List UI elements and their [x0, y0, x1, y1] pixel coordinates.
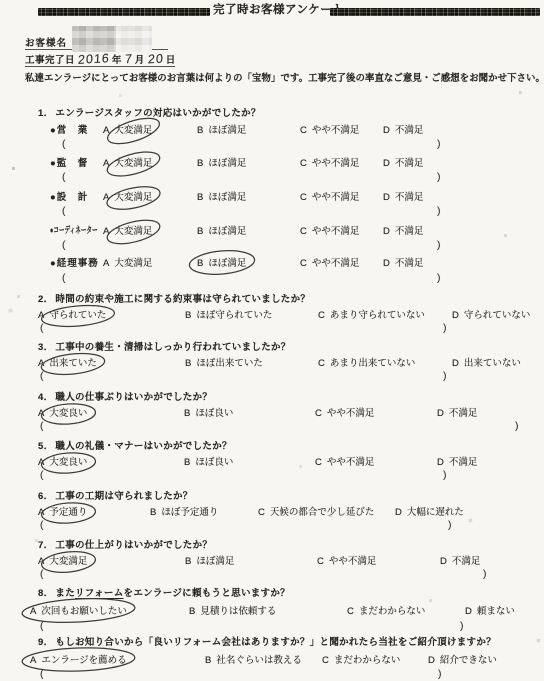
open-paren: ( — [62, 239, 66, 251]
question-text: をエンラージに頼もうと思いますか？ — [124, 588, 290, 599]
answer-row: A大変良いBほぼ良いCやや不満足D不満足 — [0, 405, 544, 418]
option-label: 不満足 — [395, 258, 424, 269]
option-label: やや不満足 — [312, 226, 360, 237]
option-key: A — [103, 226, 109, 237]
option-label: まだわからない — [359, 606, 426, 617]
option-label: 不満足 — [449, 408, 478, 419]
option-key: C — [300, 226, 307, 237]
answer-comment-line: () — [0, 519, 544, 532]
question-heading: 3．工事中の養生・清掃はしっかり行われていましたか？ — [38, 339, 291, 353]
option-b: B社名ぐらいは教える — [205, 652, 302, 666]
answer-row: A大変良いBほぼ良いCやや不満足D不満足 — [0, 454, 544, 467]
row-category-label: ●コーディネーター — [50, 223, 98, 236]
open-paren: ( — [40, 469, 44, 481]
open-paren: ( — [62, 171, 66, 183]
option-key: A — [103, 158, 109, 169]
option-key: B — [184, 457, 190, 468]
answer-row: A守られていたBほぼ守られていたCあまり守られていないD守られていない — [0, 307, 544, 320]
option-key: A — [38, 457, 44, 468]
option-a: A大変満足 — [103, 122, 152, 136]
option-label: エンラージを薦める — [41, 655, 126, 666]
option-a: Aエンラージを薦める — [30, 652, 127, 666]
answer-comment-line: () — [0, 668, 544, 681]
option-label: 大変良い — [49, 408, 87, 419]
open-paren: ( — [40, 568, 44, 580]
row-category-label: ●経理事務 — [50, 255, 99, 269]
answer-row: ●設 計A大変満足Bほぼ満足Cやや不満足D不満足 — [0, 189, 544, 202]
option-a: A大変満足 — [103, 155, 152, 169]
option-d: D不満足 — [383, 255, 423, 269]
close-paren: ) — [460, 620, 464, 632]
option-key: A — [103, 258, 109, 269]
answer-comment-line: () — [0, 420, 544, 433]
option-key: D — [383, 158, 390, 169]
answer-comment-line: () — [0, 322, 544, 335]
row-category-label: ●営 業 — [50, 122, 88, 136]
answer-comment-line: () — [0, 469, 544, 482]
close-paren: ) — [515, 420, 519, 432]
option-c: Cやや不満足 — [300, 255, 359, 269]
question-number: 3． — [38, 342, 53, 353]
option-a: A大変満足 — [103, 223, 152, 237]
option-key: A — [38, 310, 44, 321]
option-key: D — [437, 457, 444, 468]
option-label: やや不満足 — [327, 457, 375, 468]
option-label: 不満足 — [395, 192, 424, 203]
option-label: 社名ぐらいは教える — [216, 655, 302, 666]
option-d: D出来ていない — [452, 355, 521, 369]
answer-row: A大変満足Bほぼ満足Cやや不満足D不満足 — [0, 553, 544, 566]
option-label: 大変満足 — [114, 192, 152, 203]
option-d: D大幅に遅れた — [395, 504, 464, 518]
option-key: D — [428, 655, 435, 666]
open-paren: ( — [62, 272, 66, 284]
option-a: A大変良い — [38, 405, 87, 419]
option-label: あまり守られていない — [330, 310, 425, 321]
option-d: D不満足 — [437, 405, 477, 419]
option-label: 大変満足 — [49, 556, 87, 567]
open-paren: ( — [40, 420, 44, 432]
question-number: 9． — [38, 637, 53, 648]
option-d: D不満足 — [383, 223, 423, 237]
close-paren: ) — [443, 370, 447, 382]
option-b: Bほぼ満足 — [197, 122, 246, 136]
answer-comment-line: () — [0, 171, 544, 184]
option-b: Bほぼ満足 — [197, 255, 246, 269]
option-b: Bほぼ満足 — [185, 553, 234, 567]
question-text: もしお知り合いから「良いリフォーム会社はありますか？」と聞かれたら当社をご紹介頂… — [55, 637, 496, 648]
option-label: 大変満足 — [114, 258, 152, 269]
open-paren: ( — [40, 668, 44, 680]
option-key: A — [38, 556, 44, 567]
answer-comment-line: () — [0, 370, 544, 383]
option-a: A予定通り — [38, 504, 87, 518]
option-key: C — [258, 507, 265, 518]
question-number: 7． — [38, 540, 53, 551]
option-d: D頼まない — [465, 603, 515, 617]
option-key: C — [315, 457, 322, 468]
option-label: ほぼ満足 — [208, 226, 246, 237]
answer-row: ●コーディネーターA大変満足Bほぼ満足Cやや不満足D不満足 — [0, 223, 544, 236]
answer-row: ●経理事務A大変満足Bほぼ満足Cやや不満足D不満足 — [0, 255, 544, 268]
option-key: A — [103, 125, 109, 136]
question-text: 工事の仕上がりはいかがでしたか？ — [55, 540, 212, 551]
option-label: 出来ていない — [464, 358, 521, 369]
close-paren: ) — [437, 138, 441, 150]
question-text: 職人の礼儀・マナーはいかがでしたか？ — [55, 441, 231, 452]
option-label: 不満足 — [395, 125, 424, 136]
option-key: B — [197, 158, 203, 169]
option-key: A — [38, 507, 44, 518]
option-d: D不満足 — [383, 189, 423, 203]
option-label: 不満足 — [395, 158, 424, 169]
option-label: やや不満足 — [312, 158, 360, 169]
option-label: 予定通り — [49, 507, 87, 518]
open-paren: ( — [62, 205, 66, 217]
option-key: D — [437, 408, 444, 419]
option-label: 守られていない — [464, 310, 531, 321]
option-key: C — [300, 158, 307, 169]
open-paren: ( — [40, 370, 44, 382]
option-label: やや不満足 — [312, 192, 360, 203]
option-key: A — [103, 192, 109, 203]
option-b: Bほぼ満足 — [197, 189, 246, 203]
option-key: C — [322, 655, 329, 666]
option-c: Cまだわからない — [322, 652, 400, 666]
option-label: 見積りは依頼する — [200, 606, 276, 617]
option-label: やや不満足 — [312, 258, 360, 269]
question-heading: 4．職人の仕事ぶりはいかがでしたか？ — [38, 389, 212, 403]
option-key: B — [184, 408, 190, 419]
option-key: B — [185, 358, 191, 369]
answer-comment-line: () — [0, 568, 544, 581]
option-c: Cやや不満足 — [317, 553, 376, 567]
option-key: B — [185, 556, 191, 567]
option-c: Cやや不満足 — [300, 189, 359, 203]
answer-row: A次回もお願いしたいB見積りは依頼するCまだわからないD頼まない — [0, 603, 544, 616]
question-text: 時間の約束や施工に関する約束事は守られていましたか？ — [55, 294, 310, 305]
option-label: ほぼ満足 — [208, 192, 246, 203]
option-label: ほぼ予定通り — [161, 507, 218, 518]
option-b: Bほぼ良い — [184, 454, 233, 468]
option-a: A出来ていた — [38, 355, 97, 369]
option-key: C — [347, 606, 354, 617]
option-c: Cやや不満足 — [300, 155, 359, 169]
option-key: B — [150, 507, 156, 518]
option-key: D — [440, 556, 447, 567]
option-label: ほぼ出来ていた — [196, 358, 263, 369]
open-paren: ( — [40, 322, 44, 334]
close-paren: ) — [443, 322, 447, 334]
option-key: B — [185, 310, 191, 321]
option-c: Cあまり守られていない — [318, 307, 425, 321]
option-b: Bほぼ良い — [184, 405, 233, 419]
question-text: エンラージスタッフの対応はいかがでしたか？ — [55, 108, 260, 119]
option-label: 頼まない — [477, 606, 515, 617]
close-paren: ) — [448, 519, 452, 531]
option-d: D不満足 — [383, 122, 423, 136]
option-label: 次回もお願いしたい — [41, 606, 127, 617]
answer-row: ●営 業A大変満足Bほぼ満足Cやや不満足D不満足 — [0, 122, 544, 135]
option-key: D — [383, 258, 390, 269]
open-paren: ( — [40, 519, 44, 531]
option-label: 天候の都合で少し延びた — [270, 507, 375, 518]
option-b: Bほぼ満足 — [197, 223, 246, 237]
option-key: C — [300, 192, 307, 203]
option-key: C — [318, 310, 325, 321]
option-c: C天候の都合で少し延びた — [258, 504, 374, 518]
option-a: A大変満足 — [103, 255, 152, 269]
answer-comment-line: () — [0, 239, 544, 252]
question-heading: 8．またリフォームをエンラージに頼もうと思いますか？ — [38, 585, 290, 599]
answer-row: A予定通りBほぼ予定通りC天候の都合で少し延びたD大幅に遅れた — [0, 504, 544, 517]
option-a: A次回もお願いしたい — [30, 603, 127, 617]
scan-noise — [0, 0, 1, 1]
question-text: 職人の仕事ぶりはいかがでしたか？ — [55, 392, 212, 403]
answer-comment-line: () — [0, 620, 544, 633]
option-c: Cあまり出来ていない — [318, 355, 415, 369]
option-label: 紹介できない — [440, 655, 497, 666]
option-label: 大変満足 — [114, 226, 152, 237]
option-b: B見積りは依頼する — [189, 603, 276, 617]
scanned-survey-page: 完了時お客様アンケート お客様名 工事完了日2016年7月20日 私達エンラージ… — [0, 0, 544, 681]
option-d: D不満足 — [383, 155, 423, 169]
question-heading: 5．職人の礼儀・マナーはいかがでしたか？ — [38, 438, 232, 452]
option-label: 大変良い — [49, 457, 87, 468]
option-a: A大変満足 — [103, 189, 152, 203]
option-label: 不満足 — [449, 457, 478, 468]
option-a: A守られていた — [38, 307, 106, 321]
option-key: B — [197, 125, 203, 136]
close-paren: ) — [483, 568, 487, 580]
close-paren: ) — [437, 205, 441, 217]
option-key: C — [300, 125, 307, 136]
option-label: 不満足 — [395, 226, 424, 237]
option-key: C — [318, 358, 325, 369]
option-key: B — [205, 655, 211, 666]
option-key: B — [189, 606, 195, 617]
option-key: B — [197, 192, 203, 203]
option-label: ほぼ良い — [195, 408, 233, 419]
option-label: やや不満足 — [329, 556, 377, 567]
option-label: やや不満足 — [312, 125, 360, 136]
question-heading: 9．もしお知り合いから「良いリフォーム会社はありますか？」と聞かれたら当社をご紹… — [38, 634, 496, 648]
question-number: 2． — [38, 294, 53, 305]
option-label: 大幅に遅れた — [407, 507, 464, 518]
option-key: A — [38, 408, 44, 419]
option-label: ほぼ守られていた — [196, 310, 272, 321]
option-label: ほぼ満足 — [196, 556, 234, 567]
option-label: 大変満足 — [114, 125, 152, 136]
close-paren: ) — [438, 668, 442, 680]
option-key: C — [317, 556, 324, 567]
option-label: ほぼ満足 — [208, 258, 246, 269]
question-heading: 1．エンラージスタッフの対応はいかがでしたか？ — [38, 105, 261, 119]
question-text: また — [55, 588, 75, 599]
question-number: 1． — [38, 108, 53, 119]
option-d: D不満足 — [440, 553, 480, 567]
option-label: ほぼ満足 — [208, 125, 246, 136]
option-label: 守られていた — [49, 310, 106, 321]
answer-comment-line: () — [0, 205, 544, 218]
option-label: まだわからない — [334, 655, 401, 666]
answer-row: ●監 督A大変満足Bほぼ満足Cやや不満足D不満足 — [0, 155, 544, 168]
option-key: D — [452, 310, 459, 321]
questions-container: 1．エンラージスタッフの対応はいかがでしたか？●営 業A大変満足Bほぼ満足Cやや… — [0, 0, 544, 681]
question-number: 6． — [38, 491, 53, 502]
answer-row: Aエンラージを薦めるB社名ぐらいは教えるCまだわからないD紹介できない — [0, 652, 544, 665]
option-key: B — [197, 258, 203, 269]
option-c: Cやや不満足 — [300, 223, 359, 237]
close-paren: ) — [437, 239, 441, 251]
option-key: C — [315, 408, 322, 419]
option-key: D — [383, 192, 390, 203]
option-key: A — [30, 655, 36, 666]
question-number: 8． — [38, 588, 53, 599]
option-key: D — [383, 125, 390, 136]
option-key: D — [383, 226, 390, 237]
question-number: 5． — [38, 441, 53, 452]
option-label: やや不満足 — [327, 408, 375, 419]
answer-row: A出来ていたBほぼ出来ていたCあまり出来ていないD出来ていない — [0, 355, 544, 368]
close-paren: ) — [437, 272, 441, 284]
question-text: 工事中の養生・清掃はしっかり行われていましたか？ — [55, 342, 290, 353]
option-key: A — [38, 358, 44, 369]
option-label: 不満足 — [452, 556, 481, 567]
option-b: Bほぼ満足 — [197, 155, 246, 169]
option-key: D — [395, 507, 402, 518]
option-c: Cやや不満足 — [315, 405, 374, 419]
option-d: D守られていない — [452, 307, 530, 321]
option-b: Bほぼ守られていた — [185, 307, 272, 321]
option-label: 出来ていた — [49, 358, 97, 369]
question-number: 4． — [38, 392, 53, 403]
option-d: D不満足 — [437, 454, 477, 468]
answer-comment-line: () — [0, 138, 544, 151]
question-heading: 7．工事の仕上がりはいかがでしたか？ — [38, 537, 212, 551]
option-label: 大変満足 — [114, 158, 152, 169]
close-paren: ) — [443, 469, 447, 481]
row-category-label: ●設 計 — [50, 189, 88, 203]
answer-comment-line: () — [0, 272, 544, 285]
option-label: あまり出来ていない — [330, 358, 416, 369]
option-key: C — [300, 258, 307, 269]
close-paren: ) — [437, 171, 441, 183]
question-heading: 2．時間の約束や施工に関する約束事は守られていましたか？ — [38, 291, 310, 305]
option-a: A大変良い — [38, 454, 87, 468]
question-text: 工事の工期は守られましたか？ — [55, 491, 192, 502]
option-key: A — [30, 606, 36, 617]
option-b: Bほぼ予定通り — [150, 504, 218, 518]
option-d: D紹介できない — [428, 652, 497, 666]
option-key: D — [452, 358, 459, 369]
option-a: A大変満足 — [38, 553, 87, 567]
option-key: D — [465, 606, 472, 617]
option-c: Cまだわからない — [347, 603, 425, 617]
option-label: ほぼ良い — [195, 457, 233, 468]
option-c: Cやや不満足 — [315, 454, 374, 468]
option-key: B — [197, 226, 203, 237]
option-label: ほぼ満足 — [208, 158, 246, 169]
question-heading: 6．工事の工期は守られましたか？ — [38, 488, 193, 502]
question-text-underlined: リフォーム — [75, 588, 124, 599]
option-b: Bほぼ出来ていた — [185, 355, 263, 369]
row-category-label: ●監 督 — [50, 155, 88, 169]
open-paren: ( — [62, 138, 66, 150]
option-c: Cやや不満足 — [300, 122, 359, 136]
open-paren: ( — [40, 620, 44, 632]
